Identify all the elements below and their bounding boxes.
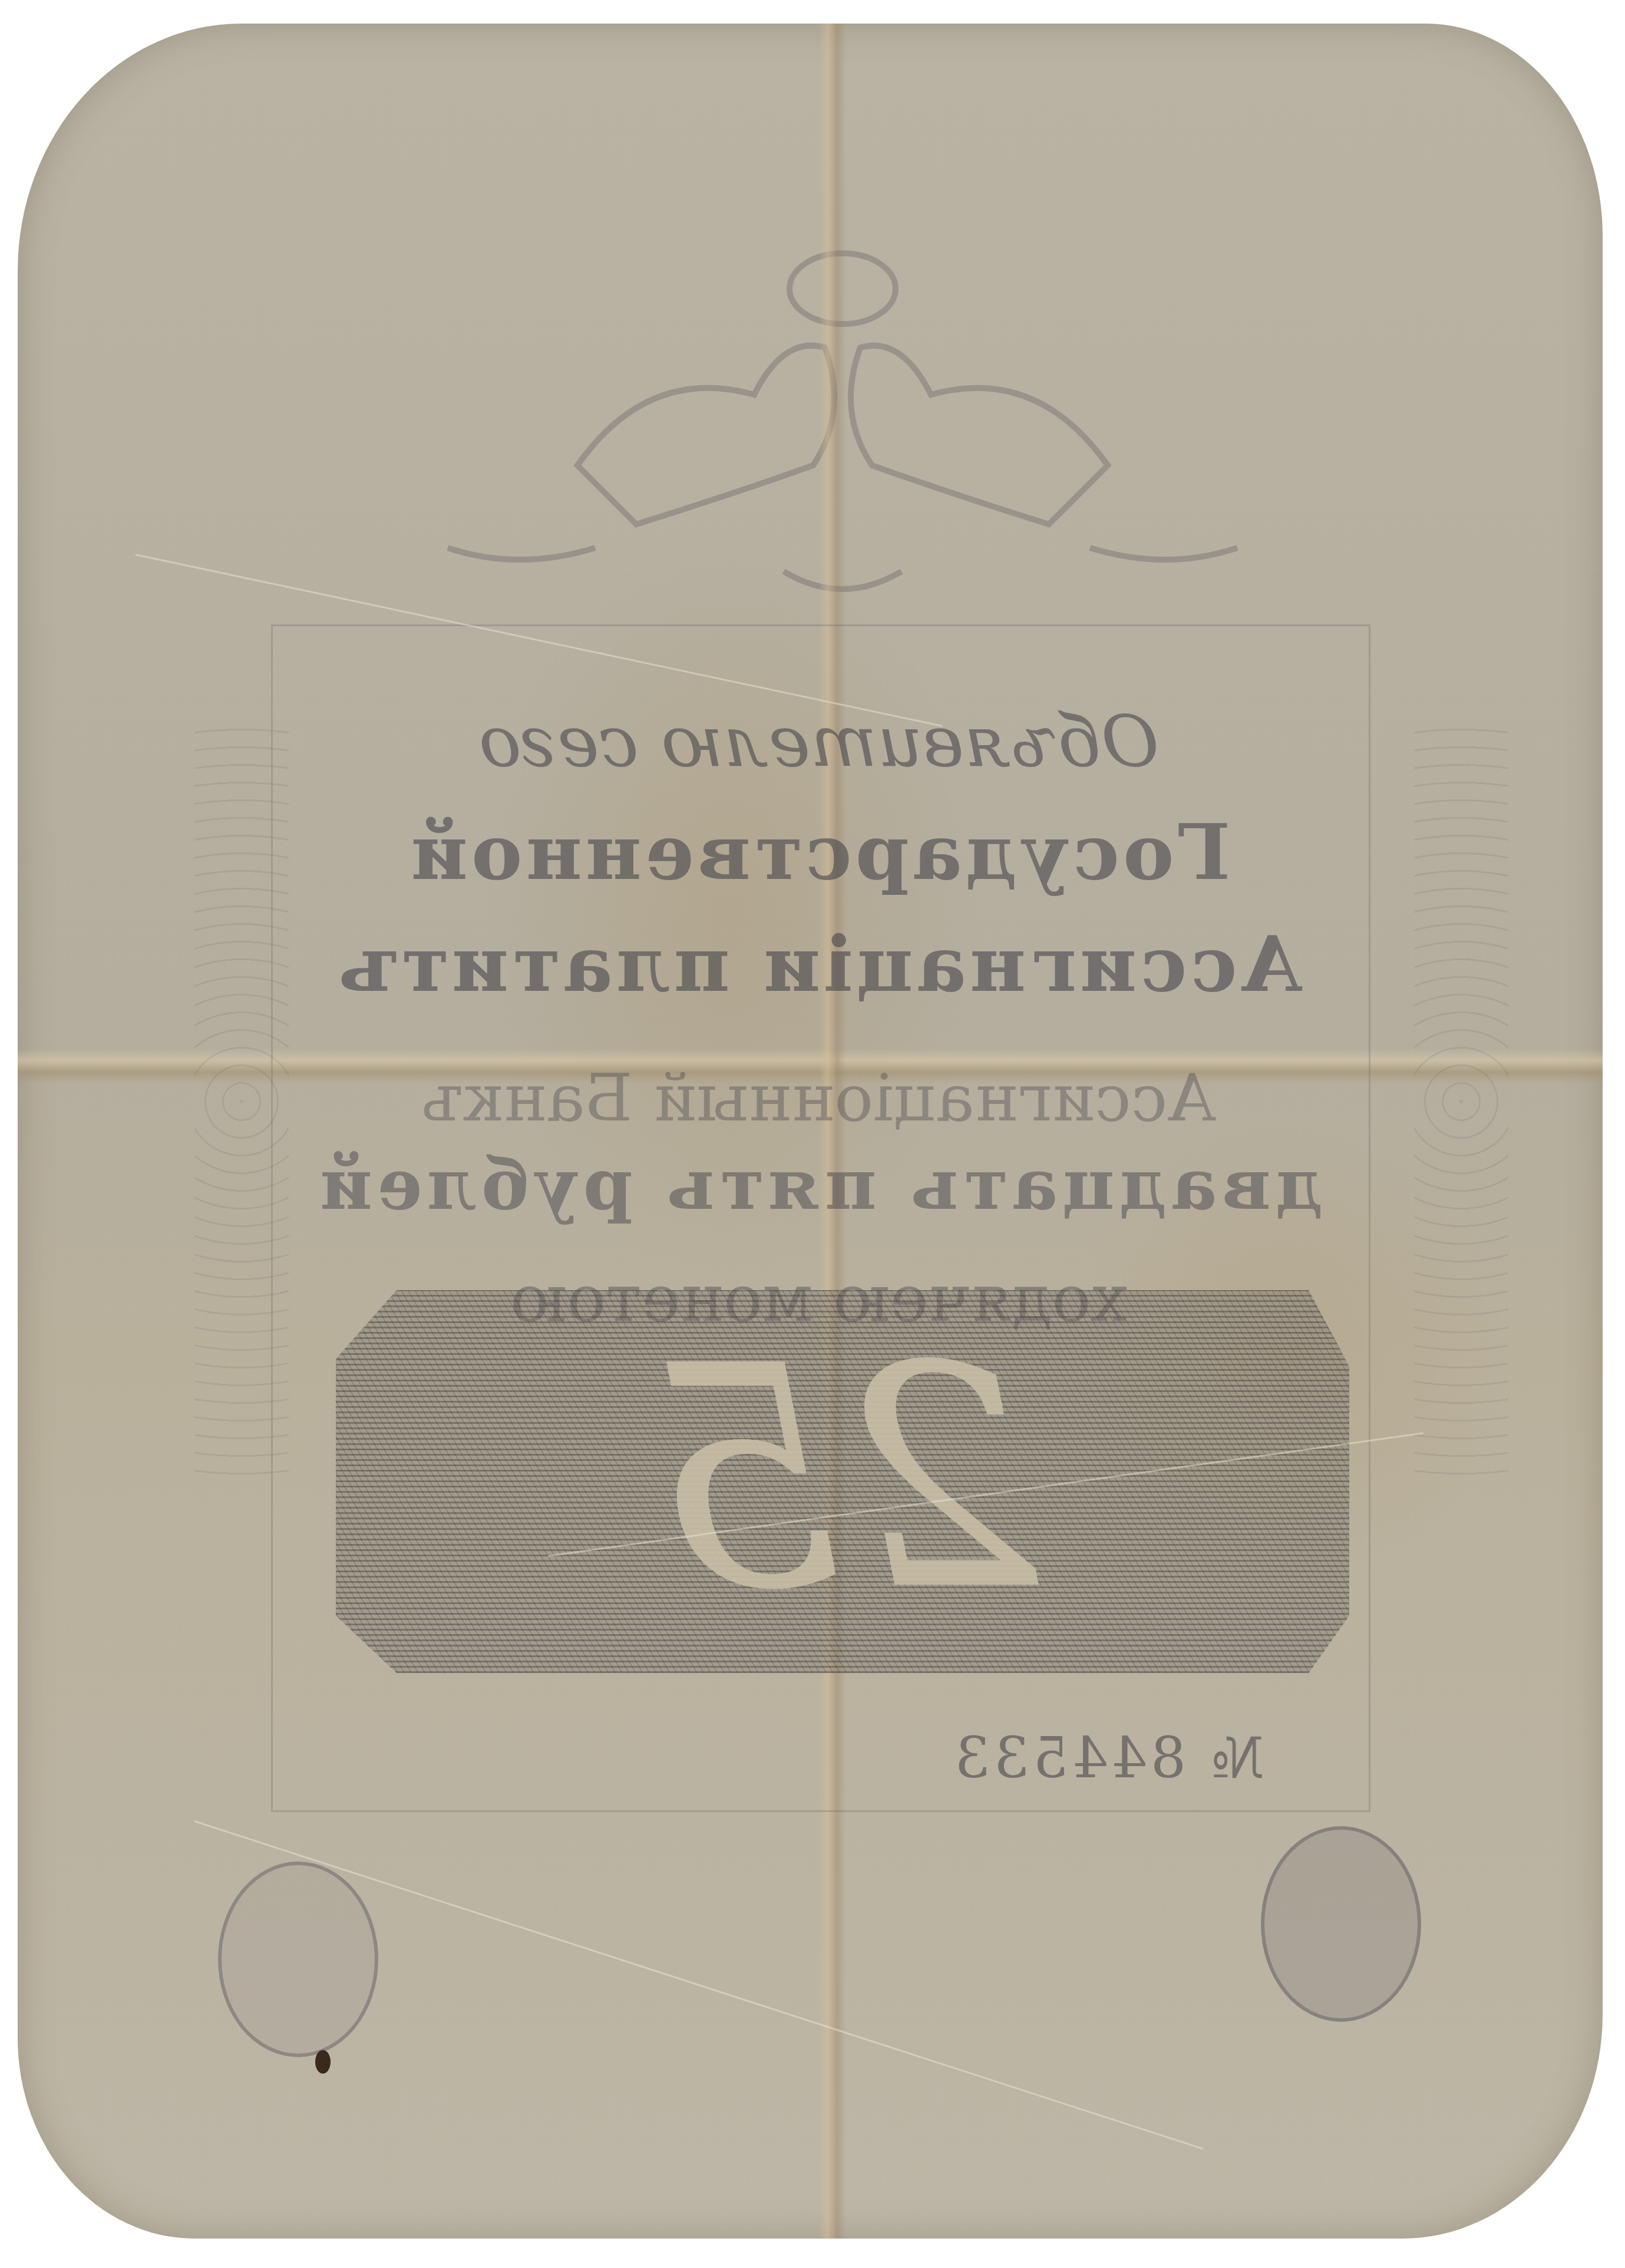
right-margin-ornament [1414, 719, 1508, 1485]
serial-number: № 844533 [843, 1726, 1373, 1791]
text-line-1: Объявителю сего [300, 701, 1337, 783]
left-oval-stamp [218, 1862, 378, 2057]
denomination-panel: 25 [336, 1290, 1349, 1673]
text-line-3: Ассигнаціи платитъ [300, 919, 1337, 1009]
text-line-2: Государственной [300, 807, 1337, 897]
text-line-4: Ассигнаціонный Банкъ [300, 1060, 1337, 1136]
right-oval-stamp [1261, 1826, 1421, 2022]
denomination-value: 25 [336, 1325, 1349, 1632]
ink-spot [315, 2050, 331, 2074]
text-line-5: двадцать пять рублей [300, 1143, 1337, 1226]
banknote-paper: Объявителю сего Государственной Ассигнац… [18, 24, 1603, 2239]
